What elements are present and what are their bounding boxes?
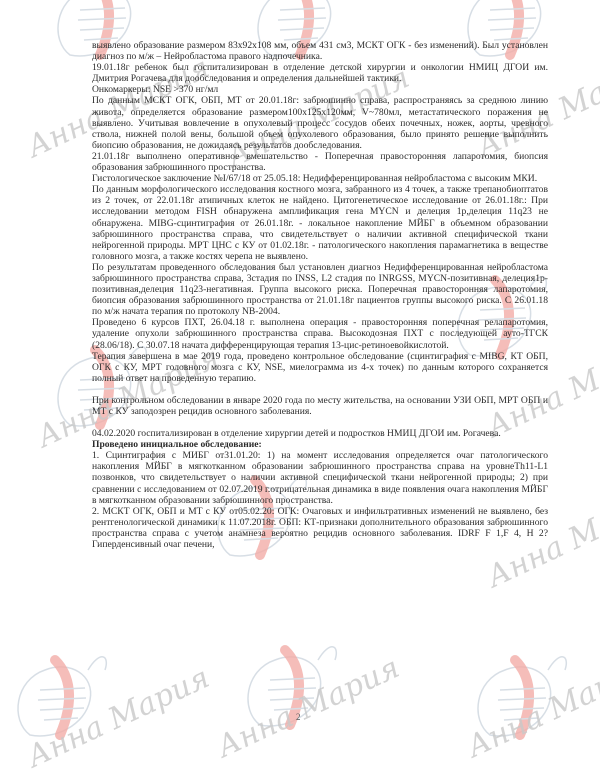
paragraph: 1. Сцинтиграфия с МИБГ от31.01.20: 1) на…: [92, 450, 548, 505]
paragraph: 21.01.18г выполнено оперативное вмешател…: [92, 151, 548, 173]
watermark-logo-icon: [230, 630, 350, 750]
watermark-text: Анна Мария: [462, 650, 600, 765]
paragraph: По результатам проведенного обследования…: [92, 262, 548, 317]
watermark-text: Анна Мария: [212, 650, 405, 765]
watermark-logo-icon: [460, 640, 580, 760]
paragraph: По данным морфологического исследования …: [92, 184, 548, 262]
watermark-logo-icon: [0, 640, 120, 760]
paragraph: Проведено 6 курсов ПХТ, 26.04.18 г. выпо…: [92, 317, 548, 350]
document-body: выявлено образование размером 83х92х108 …: [92, 40, 548, 550]
paragraph: При контрольном обследовании в январе 20…: [92, 395, 548, 417]
paragraph: Гистологическое заключение №I/67/18 от 2…: [92, 173, 548, 184]
paragraph: 19.01.18г ребенок был госпитализирован в…: [92, 62, 548, 84]
paragraph: Онкомаркеры: NSE >370 нг/мл: [92, 84, 548, 95]
page-number: 2: [296, 712, 301, 722]
section-heading: Проведено инициальное обследование:: [92, 439, 548, 450]
watermark-text: Анна Мария: [22, 660, 215, 775]
paragraph: По данным МСКТ ОГК, ОБП, МТ от 20.01.18г…: [92, 95, 548, 150]
paragraph-gap: [92, 384, 548, 395]
paragraph: 04.02.2020 госпитализирован в отделение …: [92, 428, 548, 439]
paragraph: 2. МСКТ ОГК, ОБП и МТ с КУ от05.02.20: О…: [92, 506, 548, 550]
paragraph-gap: [92, 417, 548, 428]
paragraph: выявлено образование размером 83х92х108 …: [92, 40, 548, 62]
paragraph: Терапия завершена в мае 2019 года, прове…: [92, 351, 548, 384]
document-page: Анна МарияАнна МарияАнна МарияАнна Мария…: [0, 0, 600, 776]
